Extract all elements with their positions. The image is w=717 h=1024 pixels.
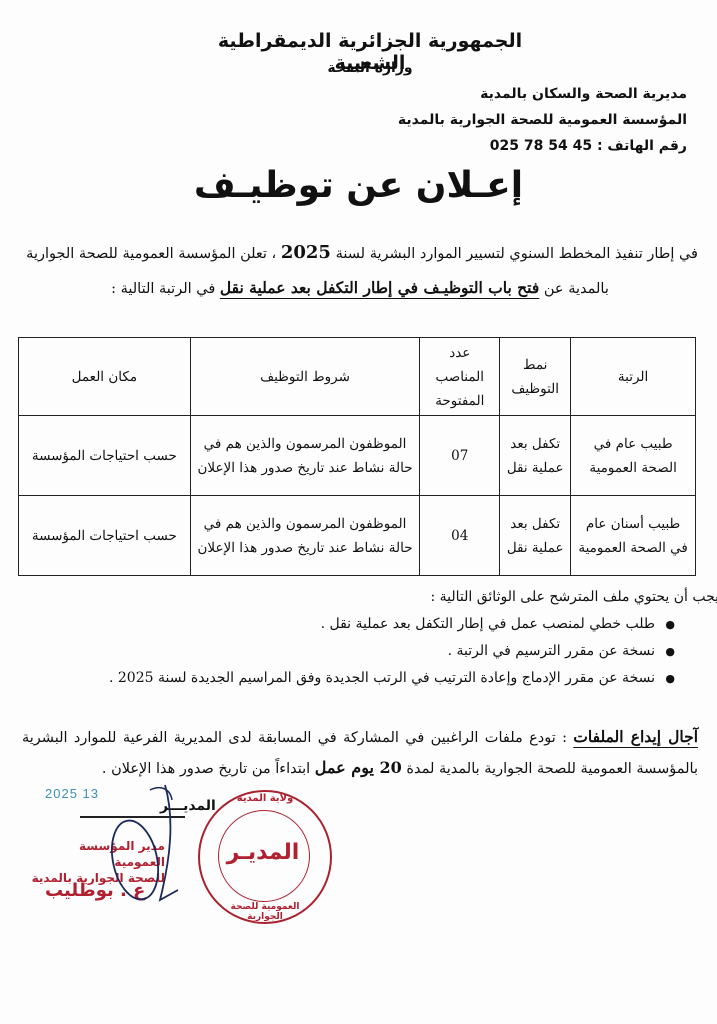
directorate-name: مديرية الصحة والسكان بالمدية xyxy=(480,86,687,102)
positions-table: الرتبة نمط التوظيف عدد المناصب المفتوحة … xyxy=(18,337,696,576)
header-rank: الرتبة xyxy=(571,338,696,416)
document-item: نسخة عن مقرر الإدماج وإعادة الترتيب في ا… xyxy=(77,665,675,692)
cell-place: حسب احتياجات المؤسسة xyxy=(19,496,191,576)
header-count: عدد المناصب المفتوحة xyxy=(420,338,500,416)
institution-name: المؤسسة العمومية للصحة الجوارية بالمدية xyxy=(398,112,687,128)
intro-text-2: ، تعلن المؤسسة العمومية للصحة الجوارية xyxy=(26,246,276,262)
intro-text-4: في الرتبة التالية : xyxy=(111,281,215,297)
seal-center-text: المديـر xyxy=(218,840,308,865)
cell-count: 04 xyxy=(420,496,500,576)
phone-number: 025 78 54 45 xyxy=(490,138,592,154)
documents-list: طلب خطي لمنصب عمل في إطار التكفل بعد عمل… xyxy=(77,611,697,692)
document-item: طلب خطي لمنصب عمل في إطار التكفل بعد عمل… xyxy=(77,611,675,638)
document-item: نسخة عن مقرر الترسيم في الرتبة . xyxy=(77,638,675,665)
intro-emphasis: فتح باب التوظيـف في إطار التكفل بعد عملي… xyxy=(220,278,539,297)
cell-place: حسب احتياجات المؤسسة xyxy=(19,416,191,496)
header-conditions: شروط التوظيف xyxy=(190,338,420,416)
cell-mode: تكفل بعد عملية نقل xyxy=(500,496,571,576)
seal-top-text: ولاية المدية xyxy=(230,793,300,804)
handwritten-signature-icon xyxy=(90,780,200,930)
table-row: طبيب أسنان عام في الصحة العمومية تكفل بع… xyxy=(19,496,696,576)
page-title: إعـلان عن توظيـف xyxy=(0,165,717,206)
table-header-row: الرتبة نمط التوظيف عدد المناصب المفتوحة … xyxy=(19,338,696,416)
phone-label: رقم الهاتف : xyxy=(597,138,687,154)
cell-mode: تكفل بعد عملية نقل xyxy=(500,416,571,496)
documents-intro: يجب أن يحتوي ملف المترشح على الوثائق الت… xyxy=(77,584,717,611)
deadline-paragraph: آجال إيداع الملفات : تودع ملفات الراغبين… xyxy=(22,722,698,784)
cell-conditions: الموظفون المرسمون والذين هم في حالة نشاط… xyxy=(190,496,420,576)
header-place: مكان العمل xyxy=(19,338,191,416)
seal-bottom-text: العمومية للصحة الجوارية xyxy=(215,902,315,922)
cell-count: 07 xyxy=(420,416,500,496)
cell-rank: طبيب عام في الصحة العمومية xyxy=(571,416,696,496)
header-mode: نمط التوظيف xyxy=(500,338,571,416)
intro-text-3: بالمدية عن xyxy=(544,281,609,297)
intro-text-1: في إطار تنفيذ المخطط السنوي لتسيير الموا… xyxy=(336,246,698,262)
deadline-label: آجال إيداع الملفات xyxy=(573,727,698,746)
phone-line: رقم الهاتف : 025 78 54 45 xyxy=(490,138,687,154)
table-row: طبيب عام في الصحة العمومية تكفل بعد عملي… xyxy=(19,416,696,496)
documents-section: يجب أن يحتوي ملف المترشح على الوثائق الت… xyxy=(77,584,697,692)
intro-paragraph: في إطار تنفيذ المخطط السنوي لتسيير الموا… xyxy=(22,236,698,306)
deadline-days: 20 يوم عمل xyxy=(315,758,402,777)
ministry-header: وزارة الصحة xyxy=(180,60,560,76)
cell-rank: طبيب أسنان عام في الصحة العمومية xyxy=(571,496,696,576)
deadline-text-2: ابتداءاً من تاريخ صدور هذا الإعلان . xyxy=(102,761,310,777)
cell-conditions: الموظفون المرسمون والذين هم في حالة نشاط… xyxy=(190,416,420,496)
intro-year: 2025 xyxy=(281,242,331,263)
